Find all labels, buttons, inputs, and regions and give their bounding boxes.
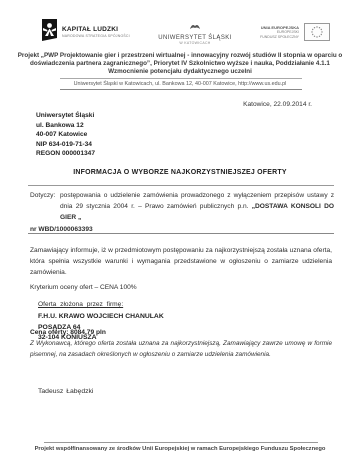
kapital-ludzki-subtitle: NARODOWA STRATEGIA SPÓJNOŚCI	[62, 34, 130, 38]
unia-europejska-logo: UNIA EUROPEJSKA EUROPEJSKI FUNDUSZ SPOŁE…	[260, 23, 330, 41]
sender-street: ul. Bankowa 12	[36, 121, 95, 131]
logo-header: KAPITAŁ LUDZKI NARODOWA STRATEGIA SPÓJNO…	[38, 16, 330, 48]
dotyczy-section: Dotyczy: postępowania o udzielenie zamów…	[30, 190, 334, 235]
company-name: F.H.U. KRAWO WOJCIECH CHANULAK	[38, 312, 164, 323]
page-title: INFORMACJA O WYBORZE NAJKORZYSTNIEJSZEJ …	[0, 169, 360, 176]
project-description: Projekt „PWP Projektowanie gier i przest…	[14, 52, 346, 76]
eu-flag-icon	[304, 23, 330, 41]
dotyczy-divider-bottom	[28, 233, 334, 234]
dotyczy-divider-top	[28, 185, 334, 186]
date-line: Katowice, 22.09.2014 r.	[243, 101, 312, 108]
header-divider-bottom	[60, 89, 302, 90]
sender-city: 40-007 Katowice	[36, 130, 95, 140]
offer-price: Cena oferty: 8084,79 pln	[30, 329, 106, 336]
sender-name: Uniwersytet Śląski	[36, 111, 95, 121]
sender-nip: NIP 634-019-71-34	[36, 140, 95, 150]
dotyczy-text: postępowania o udzielenie zamówienia pro…	[60, 190, 334, 223]
sender-block: Uniwersytet Śląski ul. Bankowa 12 40-007…	[36, 111, 95, 159]
uniwersytet-slaski-subtitle: W KATOWICACH	[179, 42, 210, 46]
uniwersytet-slaski-logo: UNIWERSYTET ŚLĄSKI W KATOWICACH	[158, 18, 231, 46]
eu-line3: FUNDUSZ SPOŁECZNY	[260, 35, 299, 39]
eagle-emblem-icon	[189, 18, 201, 34]
criteria-line: Kryterium oceny ofert – CENA 100%	[30, 284, 137, 291]
signature-name: Tadeusz Łabędzki	[38, 388, 93, 395]
kapital-ludzki-logo: KAPITAŁ LUDZKI NARODOWA STRATEGIA SPÓJNO…	[38, 18, 130, 47]
sender-regon: REGON 000001347	[36, 149, 95, 159]
announcement-paragraph: Zamawiający informuje, iż w przedmiotowy…	[30, 245, 332, 278]
footer-cofinancing-note: Projekt współfinansowany ze środków Unii…	[20, 446, 340, 452]
university-address-line: Uniwersytet Śląski w Katowicach, ul. Ban…	[30, 81, 330, 87]
kapital-ludzki-title: KAPITAŁ LUDZKI	[62, 26, 130, 33]
contract-paragraph: Z Wykonawcą, którego oferta została uzna…	[30, 339, 332, 360]
document-page: KAPITAŁ LUDZKI NARODOWA STRATEGIA SPÓJNO…	[0, 0, 360, 466]
header-divider-top	[60, 78, 302, 79]
footer-divider	[44, 442, 318, 443]
dotyczy-label: Dotyczy:	[30, 190, 60, 223]
offer-heading: Oferta złożona przez firmę:	[38, 301, 123, 308]
kapital-ludzki-emblem-icon	[38, 18, 58, 47]
